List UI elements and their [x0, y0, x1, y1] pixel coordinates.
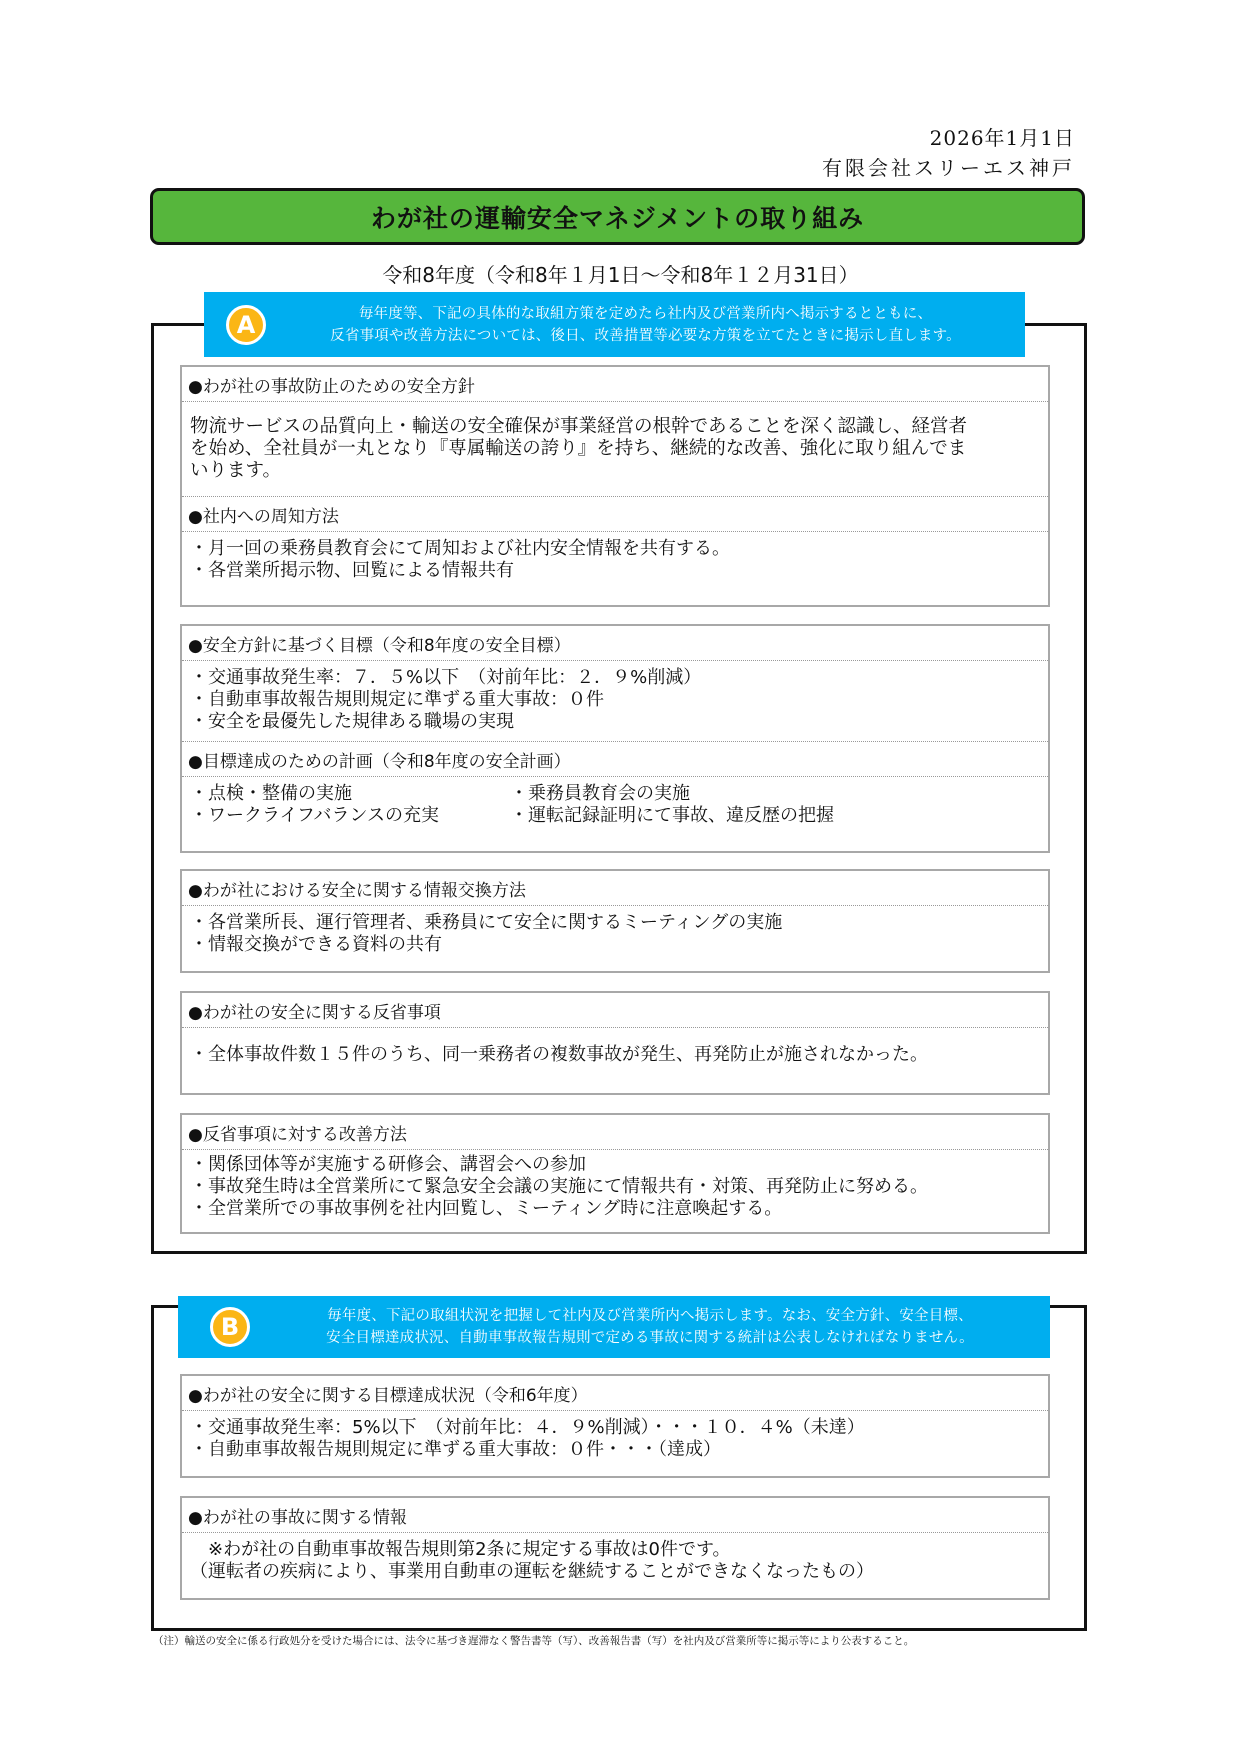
- plan-column: ・乗務員教育会の実施 ・運転記録証明にて事故、違反歴の把握: [510, 783, 830, 827]
- text-line: 物流サービスの品質向上・輸送の安全確保が事業経営の根幹であることを深く認識し、経…: [190, 416, 1040, 438]
- banner-line: 反省事項や改善方法については、後日、改善措置等必要な方策を立てたときに掲示し直し…: [266, 325, 1025, 347]
- badge-a-icon: A: [226, 305, 266, 345]
- plan-column: ・点検・整備の実施 ・ワークライフバランスの充実: [190, 783, 510, 827]
- list-item: ・乗務員教育会の実施: [510, 783, 830, 805]
- box-heading: ●安全方針に基づく目標（令和8年度の安全目標）: [182, 626, 1048, 661]
- box-body: ・交通事故発生率：７．５%以下 （対前年比：２．９%削減） ・自動車事故報告規則…: [182, 661, 1048, 741]
- box-body: ・交通事故発生率：5%以下 （対前年比：４．９%削減）・・・１０．４%（未達） …: [182, 1411, 1048, 1467]
- page-title-bar: わが社の運輸安全マネジメントの取り組み: [150, 188, 1085, 245]
- accident-info-box: ●わが社の事故に関する情報 ※わが社の自動車事故報告規則第2条に規定する事故は0…: [180, 1496, 1050, 1600]
- list-item: ・全体事故件数１５件のうち、同一乗務者の複数事故が発生、再発防止が施されなかった…: [190, 1044, 1040, 1066]
- badge-b-icon: B: [210, 1307, 250, 1347]
- box-heading: ●わが社の事故防止のための安全方針: [182, 367, 1048, 402]
- info-exchange-box: ●わが社における安全に関する情報交換方法 ・各営業所長、運行管理者、乗務員にて安…: [180, 869, 1050, 973]
- list-item: ・安全を最優先した規律ある職場の実現: [190, 711, 1040, 733]
- list-item: ・交通事故発生率：5%以下 （対前年比：４．９%削減）・・・１０．４%（未達）: [190, 1417, 1040, 1439]
- box-body: ・月一回の乗務員教育会にて周知および社内安全情報を共有する。 ・各営業所掲示物、…: [182, 532, 1048, 588]
- company-name: 有限会社スリーエス神戸: [822, 152, 1075, 181]
- box-heading: ●目標達成のための計画（令和8年度の安全計画）: [182, 741, 1048, 777]
- page-title: わが社の運輸安全マネジメントの取り組み: [371, 199, 864, 235]
- footnote: （注）輸送の安全に係る行政処分を受けた場合には、法令に基づき遅滞なく警告書等（写…: [153, 1633, 914, 1648]
- fiscal-period: 令和8年度（令和8年１月1日～令和8年１２月31日）: [0, 259, 1241, 288]
- box-heading: ●わが社における安全に関する情報交換方法: [182, 871, 1048, 906]
- text-line: を始め、全社員が一丸となり『専属輸送の誇り』を持ち、継続的な改善、強化に取り組ん…: [190, 438, 1040, 460]
- section-b-banner: B 毎年度、下記の取組状況を把握して社内及び営業所内へ掲示します。なお、安全方針…: [178, 1296, 1050, 1358]
- box-body: ※わが社の自動車事故報告規則第2条に規定する事故は0件です。 （運転者の疾病によ…: [182, 1533, 1048, 1589]
- box-heading: ●わが社の安全に関する目標達成状況（令和6年度）: [182, 1376, 1048, 1411]
- text-line: いります。: [190, 460, 1040, 482]
- box-body: 物流サービスの品質向上・輸送の安全確保が事業経営の根幹であることを深く認識し、経…: [182, 402, 1048, 496]
- text-line: ※わが社の自動車事故報告規則第2条に規定する事故は0件です。: [190, 1539, 1040, 1561]
- box-heading: ●反省事項に対する改善方法: [182, 1115, 1048, 1150]
- box-body: ・全体事故件数１５件のうち、同一乗務者の複数事故が発生、再発防止が施されなかった…: [182, 1028, 1048, 1072]
- list-item: ・点検・整備の実施: [190, 783, 510, 805]
- list-item: ・各営業所長、運行管理者、乗務員にて安全に関するミーティングの実施: [190, 912, 1040, 934]
- box-body: ・各営業所長、運行管理者、乗務員にて安全に関するミーティングの実施 ・情報交換が…: [182, 906, 1048, 962]
- improvement-box: ●反省事項に対する改善方法 ・関係団体等が実施する研修会、講習会への参加 ・事故…: [180, 1113, 1050, 1234]
- list-item: ・交通事故発生率：７．５%以下 （対前年比：２．９%削減）: [190, 667, 1040, 689]
- list-item: ・月一回の乗務員教育会にて周知および社内安全情報を共有する。: [190, 538, 1040, 560]
- section-a-banner-text: 毎年度等、下記の具体的な取組方策を定めたら社内及び営業所内へ掲示するとともに、 …: [266, 303, 1025, 347]
- box-heading: ●わが社の安全に関する反省事項: [182, 993, 1048, 1028]
- section-b-banner-text: 毎年度、下記の取組状況を把握して社内及び営業所内へ掲示します。なお、安全方針、安…: [250, 1305, 1050, 1349]
- text-line: （運転者の疾病により、事業用自動車の運転を継続することができなくなったもの）: [190, 1561, 1040, 1583]
- target-achievement-box: ●わが社の安全に関する目標達成状況（令和6年度） ・交通事故発生率：5%以下 （…: [180, 1374, 1050, 1478]
- list-item: ・関係団体等が実施する研修会、講習会への参加: [190, 1154, 1040, 1176]
- banner-line: 安全目標達成状況、自動車事故報告規則で定める事故に関する統計は公表しなければなり…: [250, 1327, 1050, 1349]
- document-date: 2026年1月1日: [930, 122, 1075, 151]
- box-heading: ●わが社の事故に関する情報: [182, 1498, 1048, 1533]
- list-item: ・全営業所での事故事例を社内回覧し、ミーティング時に注意喚起する。: [190, 1198, 1040, 1220]
- section-a-banner: A 毎年度等、下記の具体的な取組方策を定めたら社内及び営業所内へ掲示するとともに…: [204, 292, 1025, 357]
- plan-columns: ・点検・整備の実施 ・ワークライフバランスの充実 ・乗務員教育会の実施 ・運転記…: [182, 777, 1048, 833]
- list-item: ・情報交換ができる資料の共有: [190, 934, 1040, 956]
- list-item: ・自動車事故報告規則規定に準ずる重大事故：０件・・・（達成）: [190, 1439, 1040, 1461]
- safety-targets-box: ●安全方針に基づく目標（令和8年度の安全目標） ・交通事故発生率：７．５%以下 …: [180, 624, 1050, 853]
- list-item: ・運転記録証明にて事故、違反歴の把握: [510, 805, 830, 827]
- list-item: ・各営業所掲示物、回覧による情報共有: [190, 560, 1040, 582]
- list-item: ・ワークライフバランスの充実: [190, 805, 510, 827]
- banner-line: 毎年度、下記の取組状況を把握して社内及び営業所内へ掲示します。なお、安全方針、安…: [250, 1305, 1050, 1327]
- banner-line: 毎年度等、下記の具体的な取組方策を定めたら社内及び営業所内へ掲示するとともに、: [266, 303, 1025, 325]
- list-item: ・自動車事故報告規則規定に準ずる重大事故：０件: [190, 689, 1040, 711]
- box-body: ・関係団体等が実施する研修会、講習会への参加 ・事故発生時は全営業所にて緊急安全…: [182, 1150, 1048, 1226]
- box-heading: ●社内への周知方法: [182, 496, 1048, 532]
- safety-policy-box: ●わが社の事故防止のための安全方針 物流サービスの品質向上・輸送の安全確保が事業…: [180, 365, 1050, 607]
- list-item: ・事故発生時は全営業所にて緊急安全会議の実施にて情報共有・対策、再発防止に努める…: [190, 1176, 1040, 1198]
- reflection-box: ●わが社の安全に関する反省事項 ・全体事故件数１５件のうち、同一乗務者の複数事故…: [180, 991, 1050, 1095]
